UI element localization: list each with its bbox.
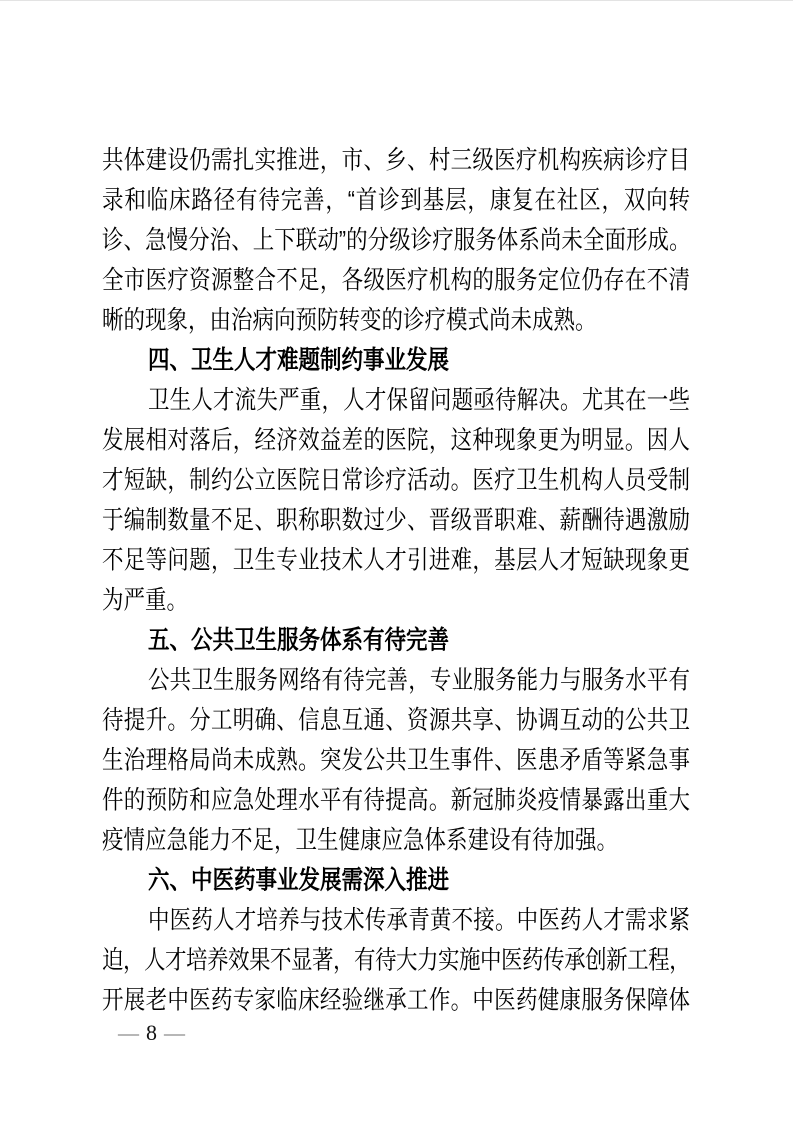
- body-line: 开展老中医药专家临床经验继承工作。中医药健康服务保障体: [102, 976, 690, 1023]
- page-number-dash-right: —: [164, 1021, 185, 1045]
- document-page: 共体建设仍需扎实推进，市、乡、村三级医疗机构疾病诊疗目 录和临床路径有待完善，“…: [0, 0, 793, 1122]
- document-body: 共体建设仍需扎实推进，市、乡、村三级医疗机构疾病诊疗目 录和临床路径有待完善，“…: [102, 140, 690, 1020]
- paragraph-section-4: 卫生人才流失严重，人才保留问题亟待解决。尤其在一些 发展相对落后，经济效益差的医…: [102, 380, 690, 620]
- paragraph-continuation: 共体建设仍需扎实推进，市、乡、村三级医疗机构疾病诊疗目 录和临床路径有待完善，“…: [102, 140, 690, 340]
- page-number-dash-left: —: [118, 1021, 139, 1045]
- footer-page-number: —8—: [118, 1019, 185, 1047]
- paragraph-section-5: 公共卫生服务网络有待完善，专业服务能力与服务水平有 待提升。分工明确、信息互通、…: [102, 660, 690, 860]
- page-top-edge-line: [0, 0, 793, 1]
- page-number-value: 8: [146, 1020, 157, 1045]
- paragraph-section-6: 中医药人才培养与技术传承青黄不接。中医药人才需求紧 迫，人才培养效果不显著，有待…: [102, 900, 690, 1020]
